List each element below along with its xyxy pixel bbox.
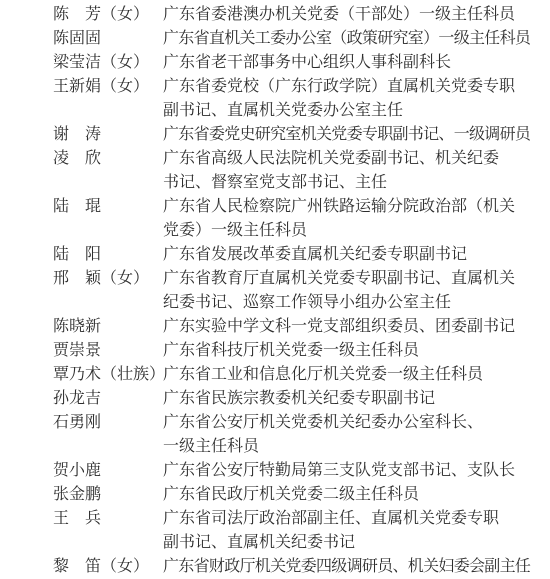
position-line: 广东省科技厅机关党委一级主任科员: [163, 339, 540, 363]
roster-entry: 张金鹏广东省民政厅机关党委二级主任科员: [53, 483, 540, 507]
person-position: 广东省公安厅特勤局第三支队党支部书记、支队长: [163, 459, 540, 483]
position-line: 广东省委党校（广东行政学院）直属机关党委专职: [163, 75, 540, 99]
roster-entry: 梁莹洁（女）广东省老干部事务中心组织人事科副科长: [53, 51, 540, 75]
position-line: 党委）一级主任科员: [163, 219, 540, 243]
person-name: 谢 涛: [53, 123, 163, 147]
position-line: 书记、督察室党支部书记、主任: [163, 171, 540, 195]
roster-entry: 黎 笛（女）广东省财政厅机关党委四级调研员、机关妇委会副主任: [53, 555, 540, 579]
roster-entry: 邢 颖（女）广东省教育厅直属机关党委专职副书记、直属机关纪委书记、巡察工作领导小…: [53, 267, 540, 315]
person-position: 广东实验中学文科一党支部组织委员、团委副书记: [163, 315, 540, 339]
position-line: 一级主任科员: [163, 435, 540, 459]
person-name: 陈晓新: [53, 315, 163, 339]
person-name: 王 兵: [53, 507, 163, 531]
roster-entry: 陈 芳（女）广东省委港澳办机关党委（干部处）一级主任科员: [53, 3, 540, 27]
roster-entry: 孙龙吉广东省民族宗教委机关纪委专职副书记: [53, 387, 540, 411]
position-line: 广东省工业和信息化厅机关党委一级主任科员: [163, 363, 540, 387]
person-position: 广东省司法厅政治部副主任、直属机关党委专职副书记、直属机关纪委书记: [163, 507, 540, 555]
person-position: 广东省发展改革委直属机关纪委专职副书记: [163, 243, 540, 267]
position-line: 广东省教育厅直属机关党委专职副书记、直属机关: [163, 267, 540, 291]
document-page: 陈 芳（女）广东省委港澳办机关党委（干部处）一级主任科员陈固固广东省直机关工委办…: [0, 0, 550, 579]
person-name: 覃乃术（壮族）: [53, 363, 163, 387]
position-line: 纪委书记、巡察工作领导小组办公室主任: [163, 291, 540, 315]
position-line: 广东省委港澳办机关党委（干部处）一级主任科员: [163, 3, 540, 27]
person-name: 陈固固: [53, 27, 163, 51]
person-position: 广东省公安厅机关党委机关纪委办公室科长、一级主任科员: [163, 411, 540, 459]
person-position: 广东省人民检察院广州铁路运输分院政治部（机关党委）一级主任科员: [163, 195, 540, 243]
person-position: 广东省委港澳办机关党委（干部处）一级主任科员: [163, 3, 540, 27]
person-position: 广东省民族宗教委机关纪委专职副书记: [163, 387, 540, 411]
roster-entry: 谢 涛广东省委党史研究室机关党委专职副书记、一级调研员: [53, 123, 540, 147]
roster-entry: 陈晓新广东实验中学文科一党支部组织委员、团委副书记: [53, 315, 540, 339]
person-name: 贺小鹿: [53, 459, 163, 483]
person-position: 广东省委党校（广东行政学院）直属机关党委专职副书记、直属机关党委办公室主任: [163, 75, 540, 123]
person-position: 广东省教育厅直属机关党委专职副书记、直属机关纪委书记、巡察工作领导小组办公室主任: [163, 267, 540, 315]
person-position: 广东省民政厅机关党委二级主任科员: [163, 483, 540, 507]
person-name: 凌 欣: [53, 147, 163, 171]
position-line: 广东省人民检察院广州铁路运输分院政治部（机关: [163, 195, 540, 219]
roster-entry: 陆 琨广东省人民检察院广州铁路运输分院政治部（机关党委）一级主任科员: [53, 195, 540, 243]
roster-entry: 陈固固广东省直机关工委办公室（政策研究室）一级主任科员: [53, 27, 540, 51]
position-line: 广东省财政厅机关党委四级调研员、机关妇委会副主任: [163, 555, 540, 579]
person-name: 黎 笛（女）: [53, 555, 163, 579]
person-name: 石勇刚: [53, 411, 163, 435]
position-line: 广东省公安厅特勤局第三支队党支部书记、支队长: [163, 459, 540, 483]
position-line: 副书记、直属机关纪委书记: [163, 531, 540, 555]
person-position: 广东省工业和信息化厅机关党委一级主任科员: [163, 363, 540, 387]
roster-entry: 贾崇景广东省科技厅机关党委一级主任科员: [53, 339, 540, 363]
roster-entry: 贺小鹿广东省公安厅特勤局第三支队党支部书记、支队长: [53, 459, 540, 483]
personnel-roster-list: 陈 芳（女）广东省委港澳办机关党委（干部处）一级主任科员陈固固广东省直机关工委办…: [53, 3, 540, 579]
person-position: 广东省委党史研究室机关党委专职副书记、一级调研员: [163, 123, 540, 147]
person-name: 邢 颖（女）: [53, 267, 163, 291]
person-position: 广东省老干部事务中心组织人事科副科长: [163, 51, 540, 75]
person-name: 王新娟（女）: [53, 75, 163, 99]
roster-entry: 王新娟（女）广东省委党校（广东行政学院）直属机关党委专职副书记、直属机关党委办公…: [53, 75, 540, 123]
person-name: 陈 芳（女）: [53, 3, 163, 27]
position-line: 广东省公安厅机关党委机关纪委办公室科长、: [163, 411, 540, 435]
position-line: 广东省高级人民法院机关党委副书记、机关纪委: [163, 147, 540, 171]
roster-entry: 凌 欣广东省高级人民法院机关党委副书记、机关纪委书记、督察室党支部书记、主任: [53, 147, 540, 195]
position-line: 广东省直机关工委办公室（政策研究室）一级主任科员: [163, 27, 540, 51]
person-position: 广东省高级人民法院机关党委副书记、机关纪委书记、督察室党支部书记、主任: [163, 147, 540, 195]
person-name: 孙龙吉: [53, 387, 163, 411]
position-line: 广东省民政厅机关党委二级主任科员: [163, 483, 540, 507]
person-name: 贾崇景: [53, 339, 163, 363]
position-line: 广东省发展改革委直属机关纪委专职副书记: [163, 243, 540, 267]
person-name: 张金鹏: [53, 483, 163, 507]
position-line: 广东省委党史研究室机关党委专职副书记、一级调研员: [163, 123, 540, 147]
person-position: 广东省直机关工委办公室（政策研究室）一级主任科员: [163, 27, 540, 51]
person-position: 广东省科技厅机关党委一级主任科员: [163, 339, 540, 363]
position-line: 广东省司法厅政治部副主任、直属机关党委专职: [163, 507, 540, 531]
position-line: 副书记、直属机关党委办公室主任: [163, 99, 540, 123]
person-name: 陆 琨: [53, 195, 163, 219]
person-name: 梁莹洁（女）: [53, 51, 163, 75]
person-name: 陆 阳: [53, 243, 163, 267]
position-line: 广东实验中学文科一党支部组织委员、团委副书记: [163, 315, 540, 339]
roster-entry: 覃乃术（壮族）广东省工业和信息化厅机关党委一级主任科员: [53, 363, 540, 387]
roster-entry: 陆 阳广东省发展改革委直属机关纪委专职副书记: [53, 243, 540, 267]
position-line: 广东省老干部事务中心组织人事科副科长: [163, 51, 540, 75]
roster-entry: 王 兵广东省司法厅政治部副主任、直属机关党委专职副书记、直属机关纪委书记: [53, 507, 540, 555]
position-line: 广东省民族宗教委机关纪委专职副书记: [163, 387, 540, 411]
person-position: 广东省财政厅机关党委四级调研员、机关妇委会副主任: [163, 555, 540, 579]
roster-entry: 石勇刚广东省公安厅机关党委机关纪委办公室科长、一级主任科员: [53, 411, 540, 459]
